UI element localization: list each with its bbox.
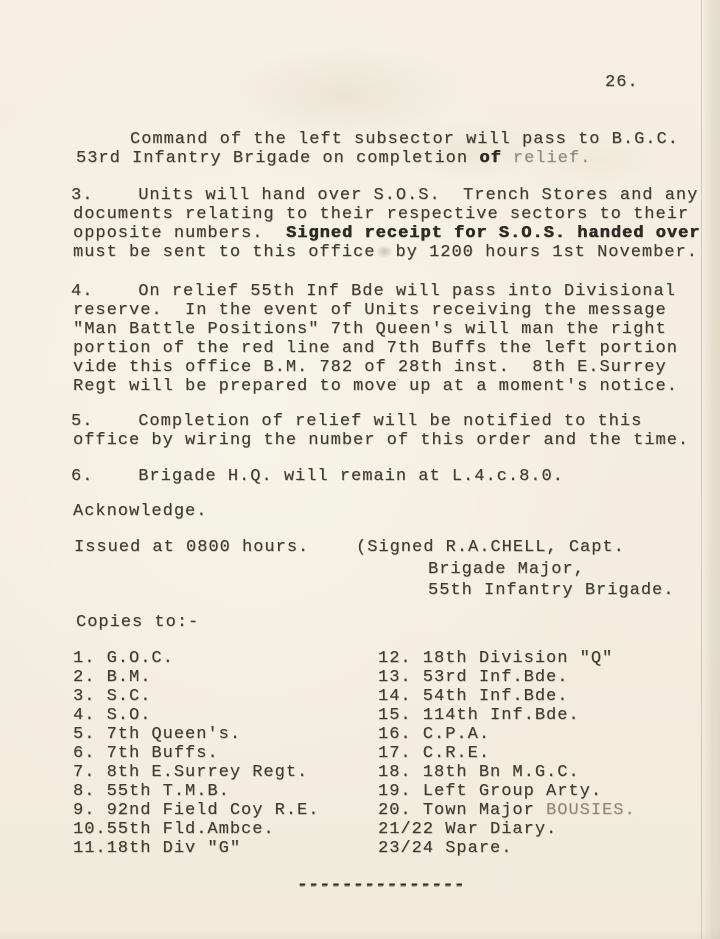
signed-line: (Signed R.A.CHELL, Capt. <box>356 539 625 556</box>
para-3-line-2: documents relating to their respective s… <box>73 206 689 223</box>
copies-item-20-seg: BOUSIES. <box>546 801 636 820</box>
copies-item-21-22: 21/22 War Diary. <box>378 821 557 838</box>
copies-item-14: 14. 54th Inf.Bde. <box>378 688 568 705</box>
copies-item-7-seg: 7. 8th E.Surrey Regt. <box>73 763 308 782</box>
para-4-line-3: "Man Battle Positions" 7th Queen's will … <box>73 321 667 338</box>
signature-role-line-seg: Brigade Major, <box>428 560 585 579</box>
copies-item-8-seg: 8. 55th T.M.B. <box>73 782 230 801</box>
typewritten-text-layer: 26.Command of the left subsector will pa… <box>0 0 720 939</box>
page-number-seg: 26. <box>605 73 639 92</box>
copies-item-16-seg: 16. C.P.A. <box>378 725 490 744</box>
para-4-line-5-seg: vide this office B.M. 782 of 28th inst. … <box>73 358 667 377</box>
para-4-line-1: 4. On relief 55th Inf Bde will pass into… <box>71 283 676 300</box>
para-3-line-4-seg: must be sent to this office <box>73 243 375 262</box>
para-5-line-1-seg: 5. Completion of relief will be notified… <box>71 412 642 431</box>
copies-item-19-seg: 19. Left Group Arty. <box>378 782 602 801</box>
para-3-line-4: must be sent to this officeby 1200 hours… <box>73 244 698 261</box>
scanned-document-page: 26.Command of the left subsector will pa… <box>0 0 720 939</box>
para-2-line-2: 53rd Infantry Brigade on completion of r… <box>76 150 591 167</box>
acknowledge-line: Acknowledge. <box>73 503 207 520</box>
copies-item-13: 13. 53rd Inf.Bde. <box>378 669 568 686</box>
para-3-line-3: opposite numbers. Signed receipt for S.O… <box>73 225 700 242</box>
copies-item-4-seg: 4. S.O. <box>73 706 151 725</box>
para-4-line-4-seg: portion of the red line and 7th Buffs th… <box>73 339 678 358</box>
copies-item-17: 17. C.R.E. <box>378 745 490 762</box>
copies-heading: Copies to:- <box>76 614 199 631</box>
copies-item-6: 6. 7th Buffs. <box>73 745 219 762</box>
para-6-line-1-seg: 6. Brigade H.Q. will remain at L.4.c.8.0… <box>71 467 564 486</box>
para-2-line-2-seg <box>502 149 513 168</box>
copies-item-5: 5. 7th Queen's. <box>73 726 241 743</box>
para-3-line-2-seg: documents relating to their respective s… <box>73 205 689 224</box>
signed-line-seg: (Signed R.A.CHELL, Capt. <box>356 538 625 557</box>
copies-item-5-seg: 5. 7th Queen's. <box>73 725 241 744</box>
copies-item-19: 19. Left Group Arty. <box>378 783 602 800</box>
copies-item-23-24: 23/24 Spare. <box>378 840 512 857</box>
copies-item-11: 11.18th Div "G" <box>73 840 241 857</box>
para-3-line-4-seg: by 1200 hours 1st November. <box>395 243 697 262</box>
copies-item-16: 16. C.P.A. <box>378 726 490 743</box>
copies-item-9-seg: 9. 92nd Field Coy R.E. <box>73 801 319 820</box>
copies-heading-seg: Copies to:- <box>76 613 199 632</box>
para-3-line-1-seg: 3. Units will hand over S.O.S. Trench St… <box>71 186 698 205</box>
copies-item-11-seg: 11.18th Div "G" <box>73 839 241 858</box>
copies-item-12-seg: 12. 18th Division "Q" <box>378 649 613 668</box>
copies-item-6-seg: 6. 7th Buffs. <box>73 744 219 763</box>
copies-item-10: 10.55th Fld.Ambce. <box>73 821 275 838</box>
para-3-line-3-seg: Signed receipt for S.O.S. handed over <box>286 224 700 243</box>
issued-line-seg: Issued at 0800 hours. <box>74 538 309 557</box>
para-2-line-1: Command of the left subsector will pass … <box>130 131 679 148</box>
issued-line: Issued at 0800 hours. <box>74 539 309 556</box>
copies-item-1: 1. G.O.C. <box>73 650 174 667</box>
para-2-line-2-seg: of <box>479 149 501 168</box>
para-3-line-1: 3. Units will hand over S.O.S. Trench St… <box>71 187 698 204</box>
copies-item-3: 3. S.C. <box>73 688 151 705</box>
copies-item-13-seg: 13. 53rd Inf.Bde. <box>378 668 568 687</box>
page-edge-shadow <box>701 0 720 939</box>
para-4-line-4: portion of the red line and 7th Buffs th… <box>73 340 678 357</box>
signature-unit-line: 55th Infantry Brigade. <box>428 582 674 599</box>
para-4-line-3-seg: "Man Battle Positions" 7th Queen's will … <box>73 320 667 339</box>
para-4-line-5: vide this office B.M. 782 of 28th inst. … <box>73 359 667 376</box>
ink-smudge <box>376 245 393 258</box>
copies-item-1-seg: 1. G.O.C. <box>73 649 174 668</box>
copies-item-23-24-seg: 23/24 Spare. <box>378 839 512 858</box>
copies-item-9: 9. 92nd Field Coy R.E. <box>73 802 319 819</box>
end-divider: --------------- <box>297 877 465 894</box>
page-number: 26. <box>605 74 639 91</box>
para-2-line-1-seg: Command of the left subsector will pass … <box>130 130 679 149</box>
para-4-line-1-seg: 4. On relief 55th Inf Bde will pass into… <box>71 282 676 301</box>
acknowledge-line-seg: Acknowledge. <box>73 502 207 521</box>
signature-role-line: Brigade Major, <box>428 561 585 578</box>
copies-item-12: 12. 18th Division "Q" <box>378 650 613 667</box>
para-5-line-2-seg: office by wiring the number of this orde… <box>73 431 689 450</box>
end-divider-seg: --------------- <box>297 876 465 895</box>
copies-item-14-seg: 14. 54th Inf.Bde. <box>378 687 568 706</box>
signature-unit-line-seg: 55th Infantry Brigade. <box>428 581 674 600</box>
para-2-line-2-seg: relief. <box>513 149 591 168</box>
copies-item-15-seg: 15. 114th Inf.Bde. <box>378 706 580 725</box>
para-6-line-1: 6. Brigade H.Q. will remain at L.4.c.8.0… <box>71 468 564 485</box>
para-5-line-2: office by wiring the number of this orde… <box>73 432 689 449</box>
copies-item-2-seg: 2. B.M. <box>73 668 151 687</box>
para-5-line-1: 5. Completion of relief will be notified… <box>71 413 642 430</box>
copies-item-21-22-seg: 21/22 War Diary. <box>378 820 557 839</box>
copies-item-20: 20. Town Major BOUSIES. <box>378 802 636 819</box>
copies-item-7: 7. 8th E.Surrey Regt. <box>73 764 308 781</box>
para-3-line-3-seg: opposite numbers. <box>73 224 286 243</box>
para-4-line-6-seg: Regt will be prepared to move up at a mo… <box>73 377 678 396</box>
para-4-line-2: reserve. In the event of Units receiving… <box>73 302 667 319</box>
para-4-line-2-seg: reserve. In the event of Units receiving… <box>73 301 667 320</box>
copies-item-18-seg: 18. 18th Bn M.G.C. <box>378 763 580 782</box>
copies-item-10-seg: 10.55th Fld.Ambce. <box>73 820 275 839</box>
copies-item-18: 18. 18th Bn M.G.C. <box>378 764 580 781</box>
copies-item-20-seg: 20. Town Major <box>378 801 546 820</box>
copies-item-3-seg: 3. S.C. <box>73 687 151 706</box>
copies-item-17-seg: 17. C.R.E. <box>378 744 490 763</box>
copies-item-4: 4. S.O. <box>73 707 151 724</box>
copies-item-15: 15. 114th Inf.Bde. <box>378 707 580 724</box>
copies-item-2: 2. B.M. <box>73 669 151 686</box>
copies-item-8: 8. 55th T.M.B. <box>73 783 230 800</box>
page-bottom-shadow <box>0 929 720 939</box>
para-2-line-2-seg: 53rd Infantry Brigade on completion <box>76 149 479 168</box>
para-4-line-6: Regt will be prepared to move up at a mo… <box>73 378 678 395</box>
